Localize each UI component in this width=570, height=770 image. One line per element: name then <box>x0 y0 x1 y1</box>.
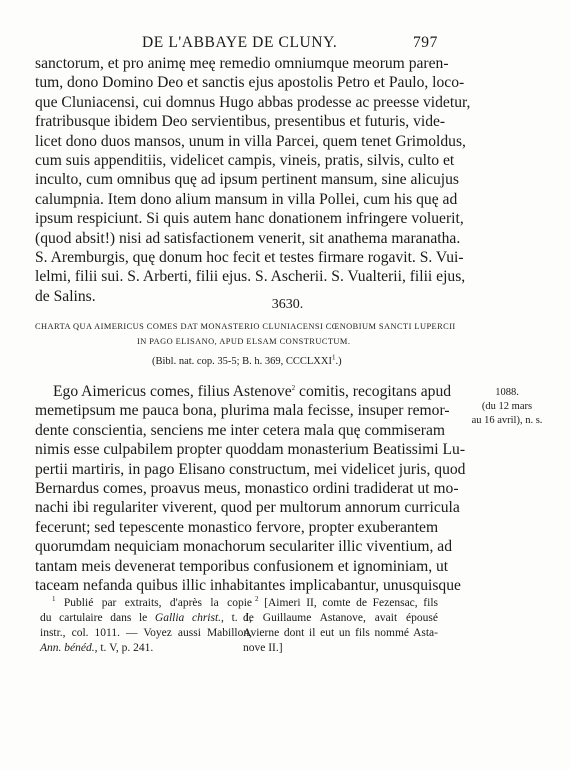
work-title: Ann. bénéd. <box>40 642 95 654</box>
footnote-marker: 2 <box>255 595 259 603</box>
text-line: taceam nefanda quibus illic inhabitantes… <box>35 576 438 595</box>
text-segment: comitis, recogitans apud <box>295 383 451 400</box>
text-line: memetipsum me pauca bona, plurima mala f… <box>35 401 438 420</box>
text-line: (quod absit!) nisi ad satisfactionem ven… <box>35 229 438 248</box>
text-segment: [Aimeri II, comte de Fezensac, fils <box>264 597 438 609</box>
running-title: DE L'ABBAYE DE CLUNY. <box>142 34 337 52</box>
text-segment: Publié par extraits, d'après la copie <box>64 597 252 609</box>
text-line: dente conscientia, senciens me inter cet… <box>35 421 438 440</box>
running-head: DE L'ABBAYE DE CLUNY. 797 <box>35 34 438 54</box>
text-line: calumpnia. Item dono alium mansum in vil… <box>35 190 438 209</box>
footnote-marker: 1 <box>52 595 56 603</box>
charter-number: 3630. <box>0 297 570 313</box>
text-line: quorumdam nequiciam monachorum secularit… <box>35 537 438 556</box>
footnote-line: Ann. bénéd., t. V, p. 241. <box>40 641 252 656</box>
text-line: fecerunt; sed tepescente monastico fervo… <box>35 518 438 537</box>
text-line: sanctorum, et pro animę meę remedio omni… <box>35 54 438 73</box>
footnote-line: Avierne dont il eut un fils nommé Asta- <box>243 626 438 641</box>
source-reference: (Bibl. nat. cop. 35-5; B. h. 369, CCCLXX… <box>152 356 342 367</box>
book-page: DE L'ABBAYE DE CLUNY. 797 sanctorum, et … <box>0 0 570 770</box>
footnote-line: nove II.] <box>243 641 438 656</box>
margin-date-range-start: (du 12 mars <box>452 400 562 414</box>
footnote-line: 2 [Aimeri II, comte de Fezensac, fils <box>243 596 438 611</box>
text-line: fratribusque ibidem Deo servientibus, pr… <box>35 112 438 131</box>
charter-title-line: IN PAGO ELISANO, APUD ELSAM CONSTRUCTUM. <box>35 334 515 349</box>
text-line: Bernardus comes, proavus meus, monastico… <box>35 479 438 498</box>
footnote-line: instr., col. 1011. — Voyez aussi Mabillo… <box>40 626 252 641</box>
text-line: que Cluniacensi, cui domnus Hugo abbas p… <box>35 93 438 112</box>
text-segment: , t. V, p. 241. <box>95 642 154 654</box>
continued-text: sanctorum, et pro animę meę remedio omni… <box>35 54 438 306</box>
text-line: tantam meis devenerat temporibus confusi… <box>35 557 438 576</box>
text-segment: Ego Aimericus comes, filius Astenove <box>53 383 292 400</box>
text-line: pertii martiris, in pago Elisano constru… <box>35 460 438 479</box>
source-close: .) <box>335 356 341 367</box>
footnote-2: 2 [Aimeri II, comte de Fezensac, fils de… <box>243 596 438 656</box>
margin-date-year: 1088. <box>452 386 562 400</box>
charter-title: CHARTA QUA AIMERICUS COMES DAT MONASTERI… <box>35 319 515 349</box>
text-line: Ego Aimericus comes, filius Astenove2 co… <box>35 382 438 401</box>
text-line: licet dono duos mansos, unum in villa Pa… <box>35 132 438 151</box>
footnote-line: de Guillaume Astanove, avait épousé <box>243 611 438 626</box>
work-title: Gallia christ. <box>155 612 221 624</box>
text-line: tum, dono Domino Deo et sanctis ejus apo… <box>35 73 438 92</box>
text-segment: du cartulaire dans le <box>40 612 155 624</box>
text-line: nachi ibi regulariter viverent, quod per… <box>35 498 438 517</box>
text-line: nimis esse culpabilem propter quoddam mo… <box>35 440 438 459</box>
text-line: cum suis appenditiis, videlicet campis, … <box>35 151 438 170</box>
footnote-line: du cartulaire dans le Gallia christ., t.… <box>40 611 252 626</box>
page-number: 797 <box>413 34 438 52</box>
footnote-1: 1 Publié par extraits, d'après la copie … <box>40 596 252 656</box>
text-line: lelmi, filii sui. S. Arberti, filii ejus… <box>35 267 438 286</box>
text-line: S. Aremburgis, quę donum hoc fecit et te… <box>35 248 438 267</box>
margin-date: 1088. (du 12 mars au 16 avril), n. s. <box>452 386 562 428</box>
charter-body: Ego Aimericus comes, filius Astenove2 co… <box>35 382 438 595</box>
footnote-line: 1 Publié par extraits, d'après la copie <box>40 596 252 611</box>
source-text: (Bibl. nat. cop. 35-5; B. h. 369, CCCLXX… <box>152 356 332 367</box>
text-line: inculto, cum omnibus quę ad ipsum pertin… <box>35 170 438 189</box>
margin-date-range-end: au 16 avril), n. s. <box>452 414 562 428</box>
charter-title-line: CHARTA QUA AIMERICUS COMES DAT MONASTERI… <box>35 319 515 334</box>
text-line: ipsum respiciunt. Si quis autem hanc don… <box>35 209 438 228</box>
